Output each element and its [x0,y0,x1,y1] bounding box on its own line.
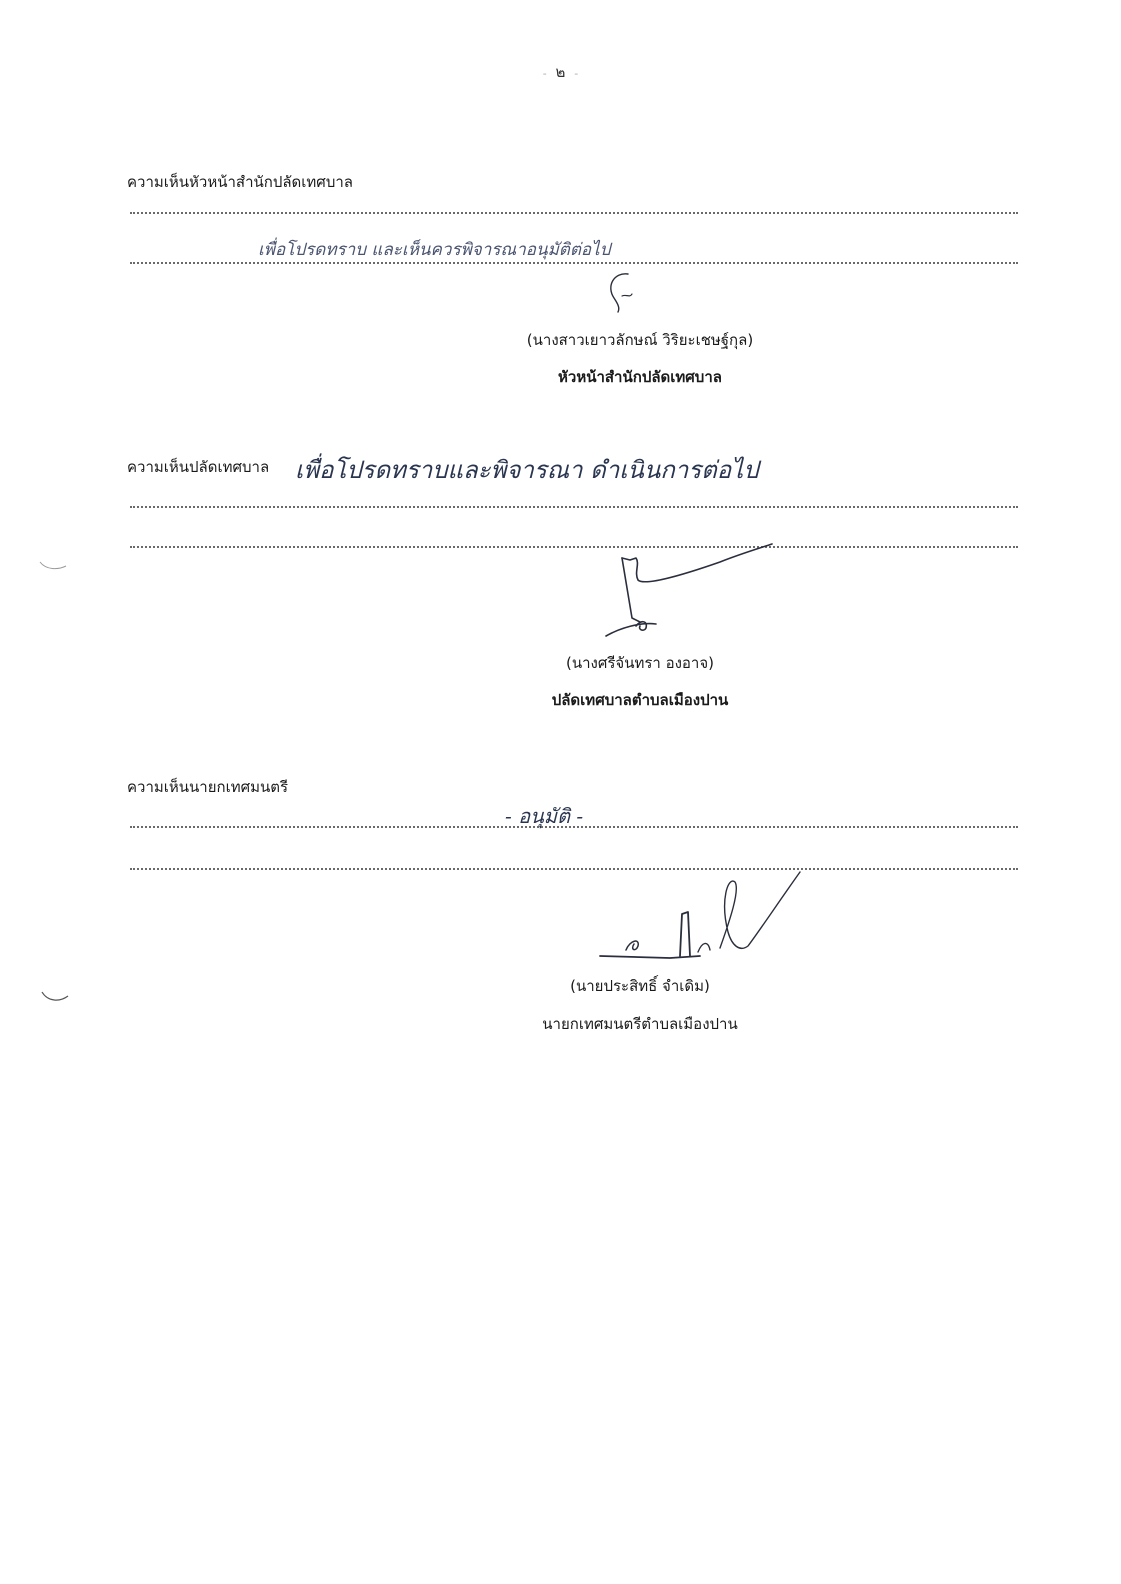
permanent-secretary-signature [600,540,780,640]
permanent-secretary-opinion-line-1 [130,506,1018,508]
mayor-opinion-line-2 [130,868,1018,870]
permanent-secretary-handwritten-comment: เพื่อโปรดทราบและพิจารณา ดำเนินการต่อไป [295,450,758,489]
office-head-opinion-label: ความเห็นหัวหน้าสำนักปลัดเทศบาล [127,170,353,194]
permanent-secretary-title: ปลัดเทศบาลตำบลเมืองปาน [430,688,850,712]
office-head-signature [600,268,660,318]
mayor-opinion-line-1 [130,826,1018,828]
page-number-suffix: - [574,67,578,80]
mayor-name: (นายประสิทธิ์ จำเดิม) [430,974,850,998]
mayor-opinion-label: ความเห็นนายกเทศมนตรี [127,775,288,799]
office-head-opinion-line-1 [130,212,1018,214]
page-number: - ๒ - [0,60,1121,84]
office-head-title: หัวหน้าสำนักปลัดเทศบาล [430,365,850,389]
permanent-secretary-opinion-line-2 [130,546,1018,548]
page-number-prefix: - [543,67,547,80]
page-number-value: ๒ [556,63,566,81]
office-head-name: (นางสาวเยาวลักษณ์ วิริยะเชษฐ์กุล) [430,328,850,352]
office-head-handwritten-comment: เพื่อโปรดทราบ และเห็นควรพิจารณาอนุมัติต่… [258,236,610,263]
punch-hole-mark-bottom [40,990,70,1004]
punch-hole-mark-top [38,560,68,572]
mayor-title: นายกเทศมนตรีตำบลเมืองปาน [430,1012,850,1036]
permanent-secretary-name: (นางศรีจันทรา องอาจ) [430,651,850,675]
permanent-secretary-opinion-label: ความเห็นปลัดเทศบาล [127,455,269,479]
mayor-signature [590,860,810,970]
